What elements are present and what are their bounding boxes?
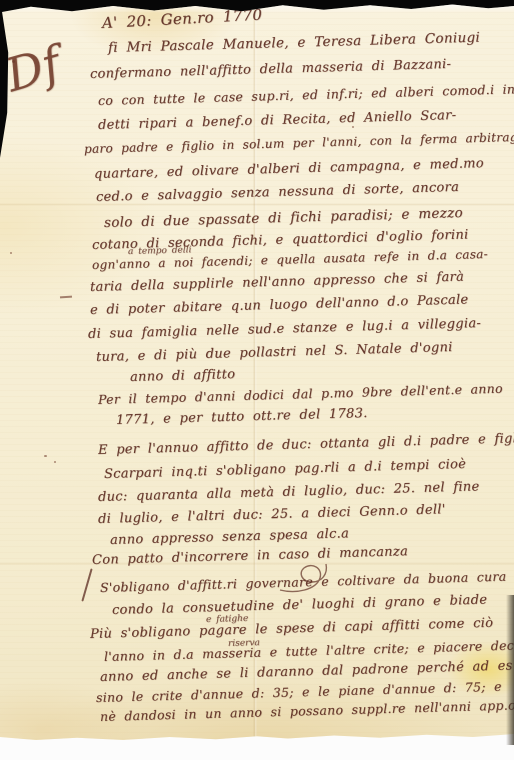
manuscript-line: co con tutte le case sup.ri, ed inf.ri; …: [98, 81, 514, 108]
manuscript-line: taria della supplirle nell'anno appresso…: [90, 270, 465, 295]
interlinear-insertion: riserva: [228, 638, 260, 649]
manuscript-line: Più s'obligano pagare le spese di capi a…: [90, 616, 494, 642]
manuscript-line: di sua famiglia nelle sud.e stanze e lug…: [88, 316, 482, 342]
handwritten-text-layer: A' 20: Gen.ro 1770 fi Mri Pascale Manuel…: [0, 0, 514, 752]
manuscript-line: paro padre e figlio in sol.um per l'anni…: [84, 130, 514, 156]
manuscript-line: quartare, ed olivare d'alberi di campagn…: [94, 156, 484, 182]
manuscript-line: e di poter abitare q.un luogo dell'anno …: [90, 292, 469, 318]
manuscript-photo: Df A' 20: Gen.ro 1770 fi Mri Pascale Man…: [0, 0, 514, 760]
manuscript-line: confermano nell'affitto della masseria d…: [90, 57, 452, 82]
interlinear-insertion: a tempo delli: [128, 245, 192, 257]
manuscript-line: Per il tempo d'anni dodici dal p.mo 9bre…: [98, 381, 503, 407]
manuscript-line: anno appresso senza spesa alc.a: [110, 526, 349, 548]
manuscript-line: anno di affitto: [130, 367, 236, 385]
manuscript-line: Con patto d'incorrere in caso di mancanz…: [92, 544, 408, 568]
manuscript-line: 1771, e per tutto ott.re del 1783.: [116, 406, 368, 428]
manuscript-line: di luglio, e l'altri duc: 25. a dieci Ge…: [98, 502, 446, 527]
manuscript-line: S'obligano d'affitt.ri governare e colti…: [100, 568, 514, 595]
manuscript-line: duc: quaranta alla metà di luglio, duc: …: [98, 479, 480, 505]
manuscript-line: detti ripari a benef.o di Recita, ed Ani…: [98, 108, 457, 133]
manuscript-line: tura, e di più due pollastri nel S. Nata…: [96, 340, 453, 365]
photo-dark-edge-right: [506, 595, 514, 745]
interlinear-insertion: e fatighe: [206, 614, 249, 625]
manuscript-paper: Df A' 20: Gen.ro 1770 fi Mri Pascale Man…: [0, 0, 514, 752]
manuscript-line: ced.o e salvaggio senza nessuna di sorte…: [96, 180, 460, 205]
manuscript-line: Scarpari inq.ti s'obligano pag.rli a d.i…: [104, 457, 467, 482]
manuscript-line: condo la consuetudine de' luoghi di gran…: [112, 593, 488, 618]
manuscript-line: E per l'annuo affitto de duc: ottanta gl…: [98, 431, 514, 458]
manuscript-line: solo di due spassate di fichi paradisi; …: [104, 205, 463, 231]
manuscript-line: fi Mri Pascale Manuele, e Teresa Libera …: [108, 30, 480, 56]
